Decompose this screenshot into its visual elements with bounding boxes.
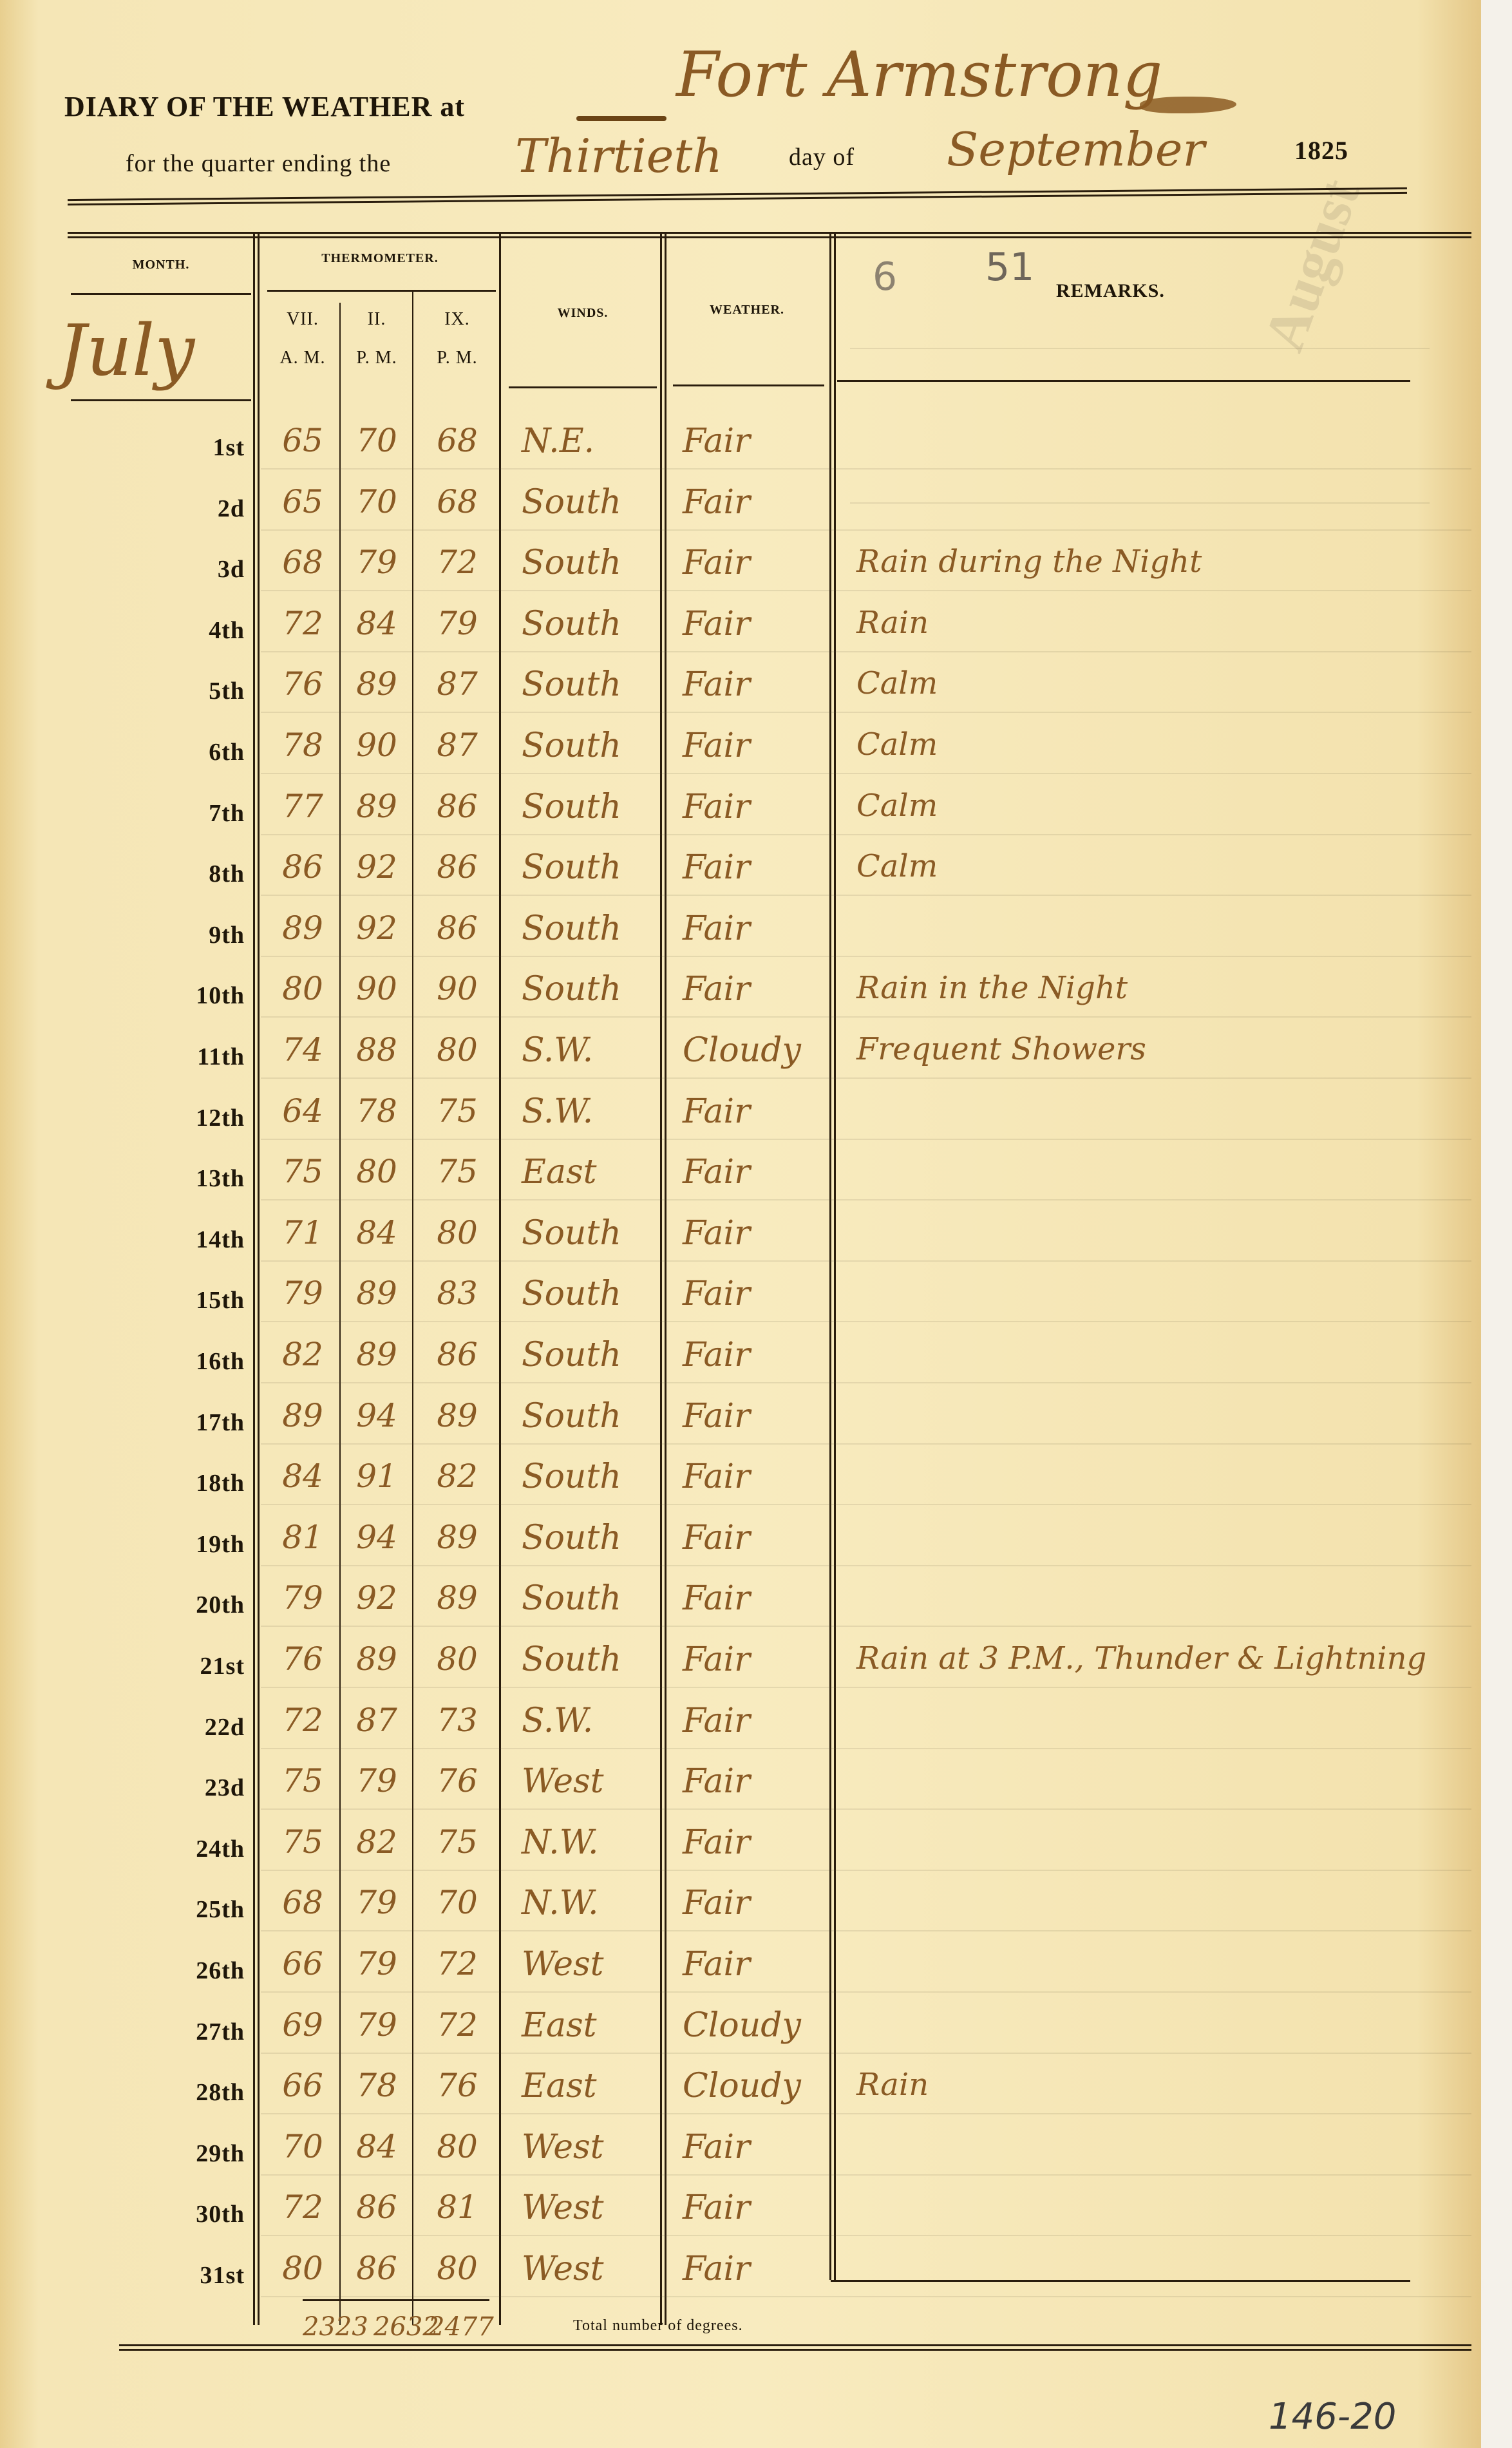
temp-2pm: 79 [341, 2006, 412, 2044]
day-label: 29th [161, 2140, 245, 2168]
col-divider [660, 232, 662, 2325]
row-guide-line [261, 468, 1471, 470]
wind-direction: South [522, 1397, 657, 1436]
day-label: 8th [161, 860, 245, 888]
temp-7am: 72 [264, 1702, 341, 1739]
temp-9pm: 83 [419, 1275, 496, 1312]
weather-condition: Fair [683, 2250, 824, 2288]
weather-condition: Fair [683, 848, 824, 887]
row-guide-line [261, 1260, 1471, 1262]
stamp-mark: 51 [985, 245, 1034, 290]
temp-7am: 86 [264, 848, 341, 886]
temp-7am: 75 [264, 1823, 341, 1861]
row-guide-line [261, 2053, 1471, 2054]
remark-text: Rain [856, 2067, 929, 2103]
day-label: 16th [161, 1347, 245, 1376]
wind-direction: East [522, 2067, 657, 2105]
wind-direction: West [522, 1945, 657, 1984]
wind-direction: South [522, 483, 657, 522]
temp-7am: 79 [264, 1579, 341, 1617]
remark-text: Calm [856, 726, 938, 763]
temp-2pm: 92 [341, 848, 412, 886]
day-label: 17th [161, 1409, 245, 1437]
footer-double-rule [119, 2344, 1471, 2351]
totals-label: Total number of degrees. [573, 2317, 743, 2335]
temp-7am: 68 [264, 544, 341, 581]
wind-direction: South [522, 544, 657, 582]
temp-7am: 89 [264, 909, 341, 947]
temp-9pm: 89 [419, 1397, 496, 1434]
wind-direction: N.E. [522, 422, 657, 460]
weather-condition: Fair [683, 1823, 824, 1862]
wind-direction: South [522, 970, 657, 1009]
temp-7am: 69 [264, 2006, 341, 2044]
temp-7am: 65 [264, 422, 341, 459]
bleed-line [850, 348, 1430, 349]
weather-condition: Fair [683, 483, 824, 522]
wind-direction: S.W. [522, 1092, 657, 1131]
temp-9pm: 87 [419, 726, 496, 764]
temp-2pm: 90 [341, 970, 412, 1007]
temp-7am: 70 [264, 2128, 341, 2165]
remark-text: Calm [856, 788, 938, 824]
row-guide-line [261, 1748, 1471, 1749]
temp-2pm: 84 [341, 605, 412, 642]
day-label: 6th [161, 738, 245, 766]
weather-condition: Fair [683, 726, 824, 765]
temp-9pm: 79 [419, 605, 496, 642]
temp-9pm: 75 [419, 1153, 496, 1190]
wind-direction: South [522, 788, 657, 826]
day-label: 28th [161, 2078, 245, 2107]
weather-condition: Fair [683, 2128, 824, 2167]
temp-2pm: 87 [341, 1702, 412, 1739]
temp-7am: 76 [264, 1640, 341, 1678]
wind-direction: South [522, 1579, 657, 1618]
remarks-bottom-rule [831, 2280, 1410, 2282]
day-label: 2d [161, 495, 245, 523]
weather-condition: Fair [683, 1702, 824, 1740]
day-label: 18th [161, 1469, 245, 1497]
rule [509, 386, 657, 388]
col-divider [665, 232, 666, 2325]
temp-7am: 77 [264, 788, 341, 825]
temp-2pm: 84 [341, 2128, 412, 2165]
day-label: 21st [161, 1652, 245, 1680]
row-guide-line [261, 590, 1471, 591]
row-guide-line [261, 1443, 1471, 1445]
day-label: 15th [161, 1286, 245, 1314]
stamp-mark: 6 [873, 254, 897, 299]
col-divider [834, 232, 836, 2280]
weather-condition: Fair [683, 1153, 824, 1191]
temp-9pm: 76 [419, 1762, 496, 1799]
weather-condition: Fair [683, 2188, 824, 2227]
temp-7am: 68 [264, 1884, 341, 1921]
temp-2pm: 70 [341, 483, 412, 520]
row-guide-line [261, 834, 1471, 835]
quarter-day-handwritten: Thirtieth [515, 129, 723, 183]
location-handwritten: Fort Armstrong [676, 39, 1162, 111]
weather-condition: Fair [683, 544, 824, 582]
temp-7am: 72 [264, 2188, 341, 2226]
temp-9pm: 68 [419, 422, 496, 459]
weather-condition: Fair [683, 1519, 824, 1557]
therm-col-3-period: P. M. [419, 348, 496, 368]
temp-9pm: 86 [419, 1336, 496, 1373]
row-guide-line [261, 1930, 1471, 1931]
ink-dash [576, 116, 666, 121]
weather-condition: Fair [683, 1214, 824, 1253]
wind-direction: South [522, 1519, 657, 1557]
temp-2pm: 89 [341, 1336, 412, 1373]
temp-9pm: 89 [419, 1519, 496, 1556]
winds-header: WINDS. [509, 306, 657, 321]
temp-9pm: 75 [419, 1823, 496, 1861]
wind-direction: South [522, 726, 657, 765]
temp-2pm: 79 [341, 1762, 412, 1799]
col-divider [829, 232, 831, 2280]
day-label: 4th [161, 616, 245, 645]
weather-header: WEATHER. [670, 303, 824, 318]
wind-direction: South [522, 1457, 657, 1496]
remark-text: Rain in the Night [856, 970, 1128, 1006]
row-guide-line [261, 956, 1471, 957]
row-guide-line [261, 2174, 1471, 2176]
temp-7am: 79 [264, 1275, 341, 1312]
totals-rule [303, 2299, 489, 2301]
remarks-header: REMARKS. [1056, 280, 1165, 302]
weather-condition: Fair [683, 665, 824, 704]
temp-2pm: 90 [341, 726, 412, 764]
temp-7am: 74 [264, 1031, 341, 1068]
year: 1825 [1294, 135, 1348, 166]
weather-condition: Fair [683, 1762, 824, 1801]
weather-condition: Fair [683, 1640, 824, 1679]
temp-2pm: 91 [341, 1457, 412, 1495]
diary-title: DIARY OF THE WEATHER at [64, 90, 465, 123]
temp-2pm: 82 [341, 1823, 412, 1861]
wind-direction: South [522, 665, 657, 704]
row-guide-line [261, 1504, 1471, 1505]
therm-col-3-hour: IX. [419, 309, 496, 330]
temp-2pm: 78 [341, 1092, 412, 1130]
row-guide-line [261, 1565, 1471, 1566]
temp-2pm: 89 [341, 665, 412, 703]
wind-direction: West [522, 1762, 657, 1801]
temp-9pm: 68 [419, 483, 496, 520]
temp-2pm: 80 [341, 1153, 412, 1190]
weather-condition: Cloudy [683, 2006, 824, 2045]
col-divider [253, 232, 255, 2325]
wind-direction: South [522, 1275, 657, 1313]
wind-direction: S.W. [522, 1031, 657, 1070]
temp-2pm: 92 [341, 1579, 412, 1617]
wind-direction: South [522, 605, 657, 643]
temp-2pm: 79 [341, 1945, 412, 1982]
day-label: 14th [161, 1226, 245, 1254]
temp-9pm: 81 [419, 2188, 496, 2226]
day-label: 5th [161, 677, 245, 705]
temp-7am: 66 [264, 2067, 341, 2104]
day-label: 9th [161, 921, 245, 949]
day-label: 10th [161, 982, 245, 1010]
temp-7am: 75 [264, 1153, 341, 1190]
wind-direction: S.W. [522, 1702, 657, 1740]
row-guide-line [261, 1626, 1471, 1627]
temp-7am: 80 [264, 2250, 341, 2287]
row-guide-line [261, 651, 1471, 652]
month-header: MONTH. [71, 258, 251, 272]
row-guide-line [261, 895, 1471, 896]
quarter-month-handwritten: September [947, 122, 1205, 176]
remark-text: Calm [856, 848, 938, 884]
temp-9pm: 86 [419, 788, 496, 825]
weather-condition: Fair [683, 1457, 824, 1496]
temp-2pm: 86 [341, 2188, 412, 2226]
rule [71, 399, 251, 401]
weather-condition: Fair [683, 1092, 824, 1131]
temp-9pm: 75 [419, 1092, 496, 1130]
temp-2pm: 70 [341, 422, 412, 459]
archive-number: 146-20 [1269, 2396, 1396, 2438]
col-divider [412, 290, 413, 2325]
wind-direction: West [522, 2128, 657, 2167]
row-guide-line [261, 1870, 1471, 1871]
table-top-rule [68, 232, 1471, 238]
temp-9pm: 86 [419, 909, 496, 947]
row-guide-line [261, 773, 1471, 774]
row-guide-line [261, 1991, 1471, 1993]
temp-9pm: 80 [419, 2250, 496, 2287]
wind-direction: N.W. [522, 1823, 657, 1862]
temp-7am: 78 [264, 726, 341, 764]
weather-condition: Fair [683, 788, 824, 826]
temp-7am: 76 [264, 665, 341, 703]
day-label: 27th [161, 2018, 245, 2046]
day-label: 20th [161, 1591, 245, 1619]
rule [71, 293, 251, 295]
quarter-label: for the quarter ending the [126, 149, 391, 178]
wind-direction: South [522, 1214, 657, 1253]
weather-condition: Fair [683, 1397, 824, 1436]
temp-7am: 81 [264, 1519, 341, 1556]
day-label: 31st [161, 2261, 245, 2290]
temp-7am: 89 [264, 1397, 341, 1434]
wind-direction: East [522, 2006, 657, 2045]
temp-9pm: 72 [419, 2006, 496, 2044]
weather-condition: Cloudy [683, 1031, 824, 1070]
day-label: 25th [161, 1895, 245, 1924]
temp-2pm: 84 [341, 1214, 412, 1251]
thermometer-header: THERMOMETER. [264, 251, 496, 266]
temp-2pm: 92 [341, 909, 412, 947]
col-divider [499, 232, 501, 2325]
rule [837, 380, 1410, 382]
temp-2pm: 94 [341, 1397, 412, 1434]
temp-7am: 72 [264, 605, 341, 642]
weather-condition: Fair [683, 605, 824, 643]
temp-2pm: 88 [341, 1031, 412, 1068]
temp-7am: 64 [264, 1092, 341, 1130]
temp-7am: 71 [264, 1214, 341, 1251]
temp-9pm: 87 [419, 665, 496, 703]
temp-9pm: 73 [419, 1702, 496, 1739]
rule [673, 384, 824, 386]
day-label: 7th [161, 799, 245, 828]
therm-col-1-hour: VII. [264, 309, 341, 330]
wind-direction: East [522, 1153, 657, 1191]
temp-9pm: 76 [419, 2067, 496, 2104]
rule [267, 290, 496, 292]
row-guide-line [261, 1016, 1471, 1018]
weather-condition: Fair [683, 1884, 824, 1922]
day-label: 11th [161, 1043, 245, 1071]
row-guide-line [261, 2296, 1471, 2297]
month-name-handwritten: July [58, 309, 194, 392]
temp-7am: 66 [264, 1945, 341, 1982]
wind-direction: South [522, 1336, 657, 1374]
wind-direction: South [522, 848, 657, 887]
temp-2pm: 89 [341, 1640, 412, 1678]
temp-9pm: 89 [419, 1579, 496, 1617]
temp-9pm: 80 [419, 1214, 496, 1251]
remark-text: Rain [856, 605, 929, 641]
day-label: 22d [161, 1713, 245, 1741]
therm-col-2-hour: II. [341, 309, 412, 330]
wind-direction: West [522, 2188, 657, 2227]
weather-condition: Fair [683, 909, 824, 948]
day-of-label: day of [789, 143, 855, 171]
total-am7: 2323 [303, 2312, 380, 2342]
row-guide-line [261, 1808, 1471, 1810]
therm-col-1-period: A. M. [264, 348, 341, 368]
wind-direction: N.W. [522, 1884, 657, 1922]
temp-7am: 84 [264, 1457, 341, 1495]
row-guide-line [261, 1382, 1471, 1383]
temp-2pm: 89 [341, 788, 412, 825]
row-guide-line [261, 1077, 1471, 1079]
weather-condition: Fair [683, 1336, 824, 1374]
temp-9pm: 86 [419, 848, 496, 886]
temp-2pm: 94 [341, 1519, 412, 1556]
row-guide-line [261, 712, 1471, 713]
weather-condition: Fair [683, 1579, 824, 1618]
day-label: 30th [161, 2200, 245, 2228]
temp-2pm: 86 [341, 2250, 412, 2287]
day-label: 12th [161, 1104, 245, 1132]
col-divider [258, 232, 260, 2325]
row-guide-line [261, 529, 1471, 531]
wind-direction: West [522, 2250, 657, 2288]
temp-9pm: 72 [419, 1945, 496, 1982]
temp-9pm: 70 [419, 1884, 496, 1921]
row-guide-line [261, 1139, 1471, 1140]
temp-2pm: 78 [341, 2067, 412, 2104]
wind-direction: South [522, 909, 657, 948]
row-guide-line [261, 1321, 1471, 1322]
temp-2pm: 89 [341, 1275, 412, 1312]
temp-9pm: 80 [419, 2128, 496, 2165]
temp-7am: 80 [264, 970, 341, 1007]
remark-text: Rain at 3 P.M., Thunder & Lightning [856, 1640, 1426, 1676]
day-label: 13th [161, 1164, 245, 1193]
row-guide-line [261, 2113, 1471, 2114]
remark-text: Calm [856, 665, 938, 701]
row-guide-line [261, 1199, 1471, 1200]
temp-9pm: 90 [419, 970, 496, 1007]
temp-7am: 75 [264, 1762, 341, 1799]
weather-condition: Fair [683, 970, 824, 1009]
weather-condition: Cloudy [683, 2067, 824, 2105]
day-label: 19th [161, 1530, 245, 1559]
temp-7am: 82 [264, 1336, 341, 1373]
day-label: 3d [161, 555, 245, 584]
day-label: 26th [161, 1957, 245, 1985]
day-label: 23d [161, 1774, 245, 1802]
weather-condition: Fair [683, 1945, 824, 1984]
temp-9pm: 80 [419, 1640, 496, 1678]
total-pm9: 2477 [428, 2312, 506, 2342]
temp-2pm: 79 [341, 1884, 412, 1921]
therm-col-2-period: P. M. [341, 348, 412, 368]
temp-9pm: 80 [419, 1031, 496, 1068]
temp-9pm: 72 [419, 544, 496, 581]
temp-7am: 65 [264, 483, 341, 520]
remark-text: Rain during the Night [856, 544, 1202, 580]
bleed-line [850, 502, 1430, 504]
weather-condition: Fair [683, 1275, 824, 1313]
temp-2pm: 79 [341, 544, 412, 581]
remark-text: Frequent Showers [856, 1031, 1146, 1067]
day-label: 24th [161, 1835, 245, 1863]
wind-direction: South [522, 1640, 657, 1679]
row-guide-line [261, 1687, 1471, 1688]
temp-9pm: 82 [419, 1457, 496, 1495]
day-label: 1st [161, 433, 245, 462]
weather-condition: Fair [683, 422, 824, 460]
row-guide-line [261, 2235, 1471, 2236]
